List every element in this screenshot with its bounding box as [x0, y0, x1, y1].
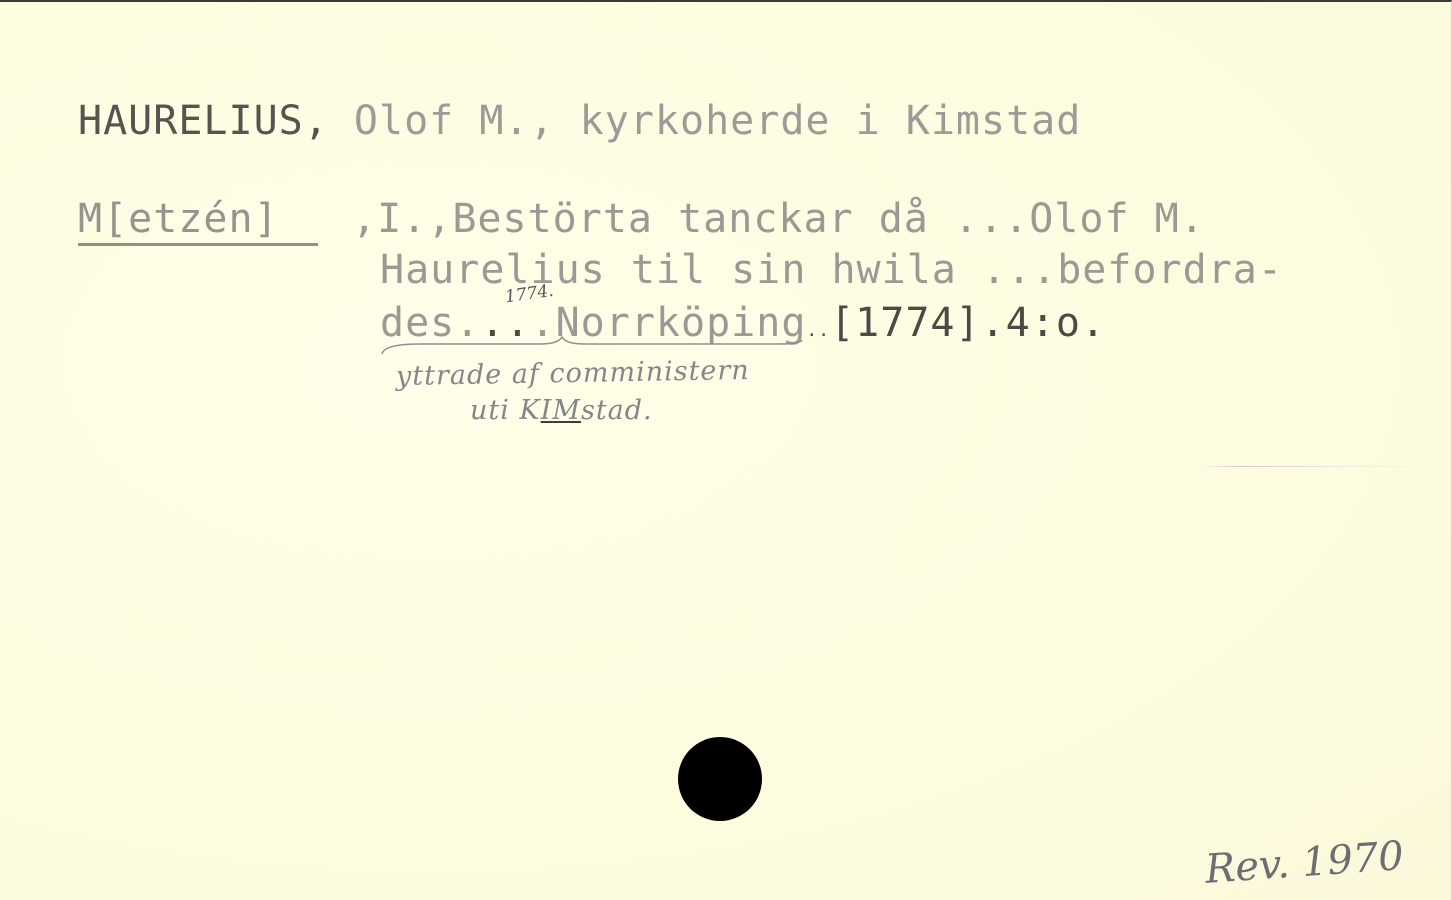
heading-surname: HAURELIUS,: [78, 98, 329, 144]
entry-mark: ..: [806, 320, 830, 341]
heading-title: kyrkoherde i Kimstad: [580, 98, 1082, 144]
paper-crease: [1200, 466, 1452, 467]
entry-line-1: ,I.,Bestörta tanckar då ...Olof M.: [352, 196, 1205, 242]
note-underlined-i: I: [541, 395, 553, 426]
catalog-card: HAURELIUS, Olof M., kyrkoherde i Kimstad…: [0, 0, 1452, 900]
handwritten-note-line-1: yttrade af comministern: [396, 355, 750, 392]
note-line-2-post: stad.: [581, 395, 653, 426]
handwritten-note-line-2: uti KIMstad.: [470, 395, 653, 426]
revision-note: Rev. 1970: [1204, 833, 1406, 893]
note-underlined-m: M: [552, 395, 581, 426]
author-name: M[etzén]: [78, 196, 279, 242]
entry-date-format: [1774].4:o.: [830, 300, 1106, 346]
punch-hole: [678, 737, 762, 821]
author-underline: [78, 243, 318, 246]
heading-given-name: Olof M.,: [354, 98, 555, 144]
card-heading: HAURELIUS, Olof M., kyrkoherde i Kimstad: [78, 98, 1081, 144]
note-line-2-pre: uti K: [470, 395, 541, 426]
